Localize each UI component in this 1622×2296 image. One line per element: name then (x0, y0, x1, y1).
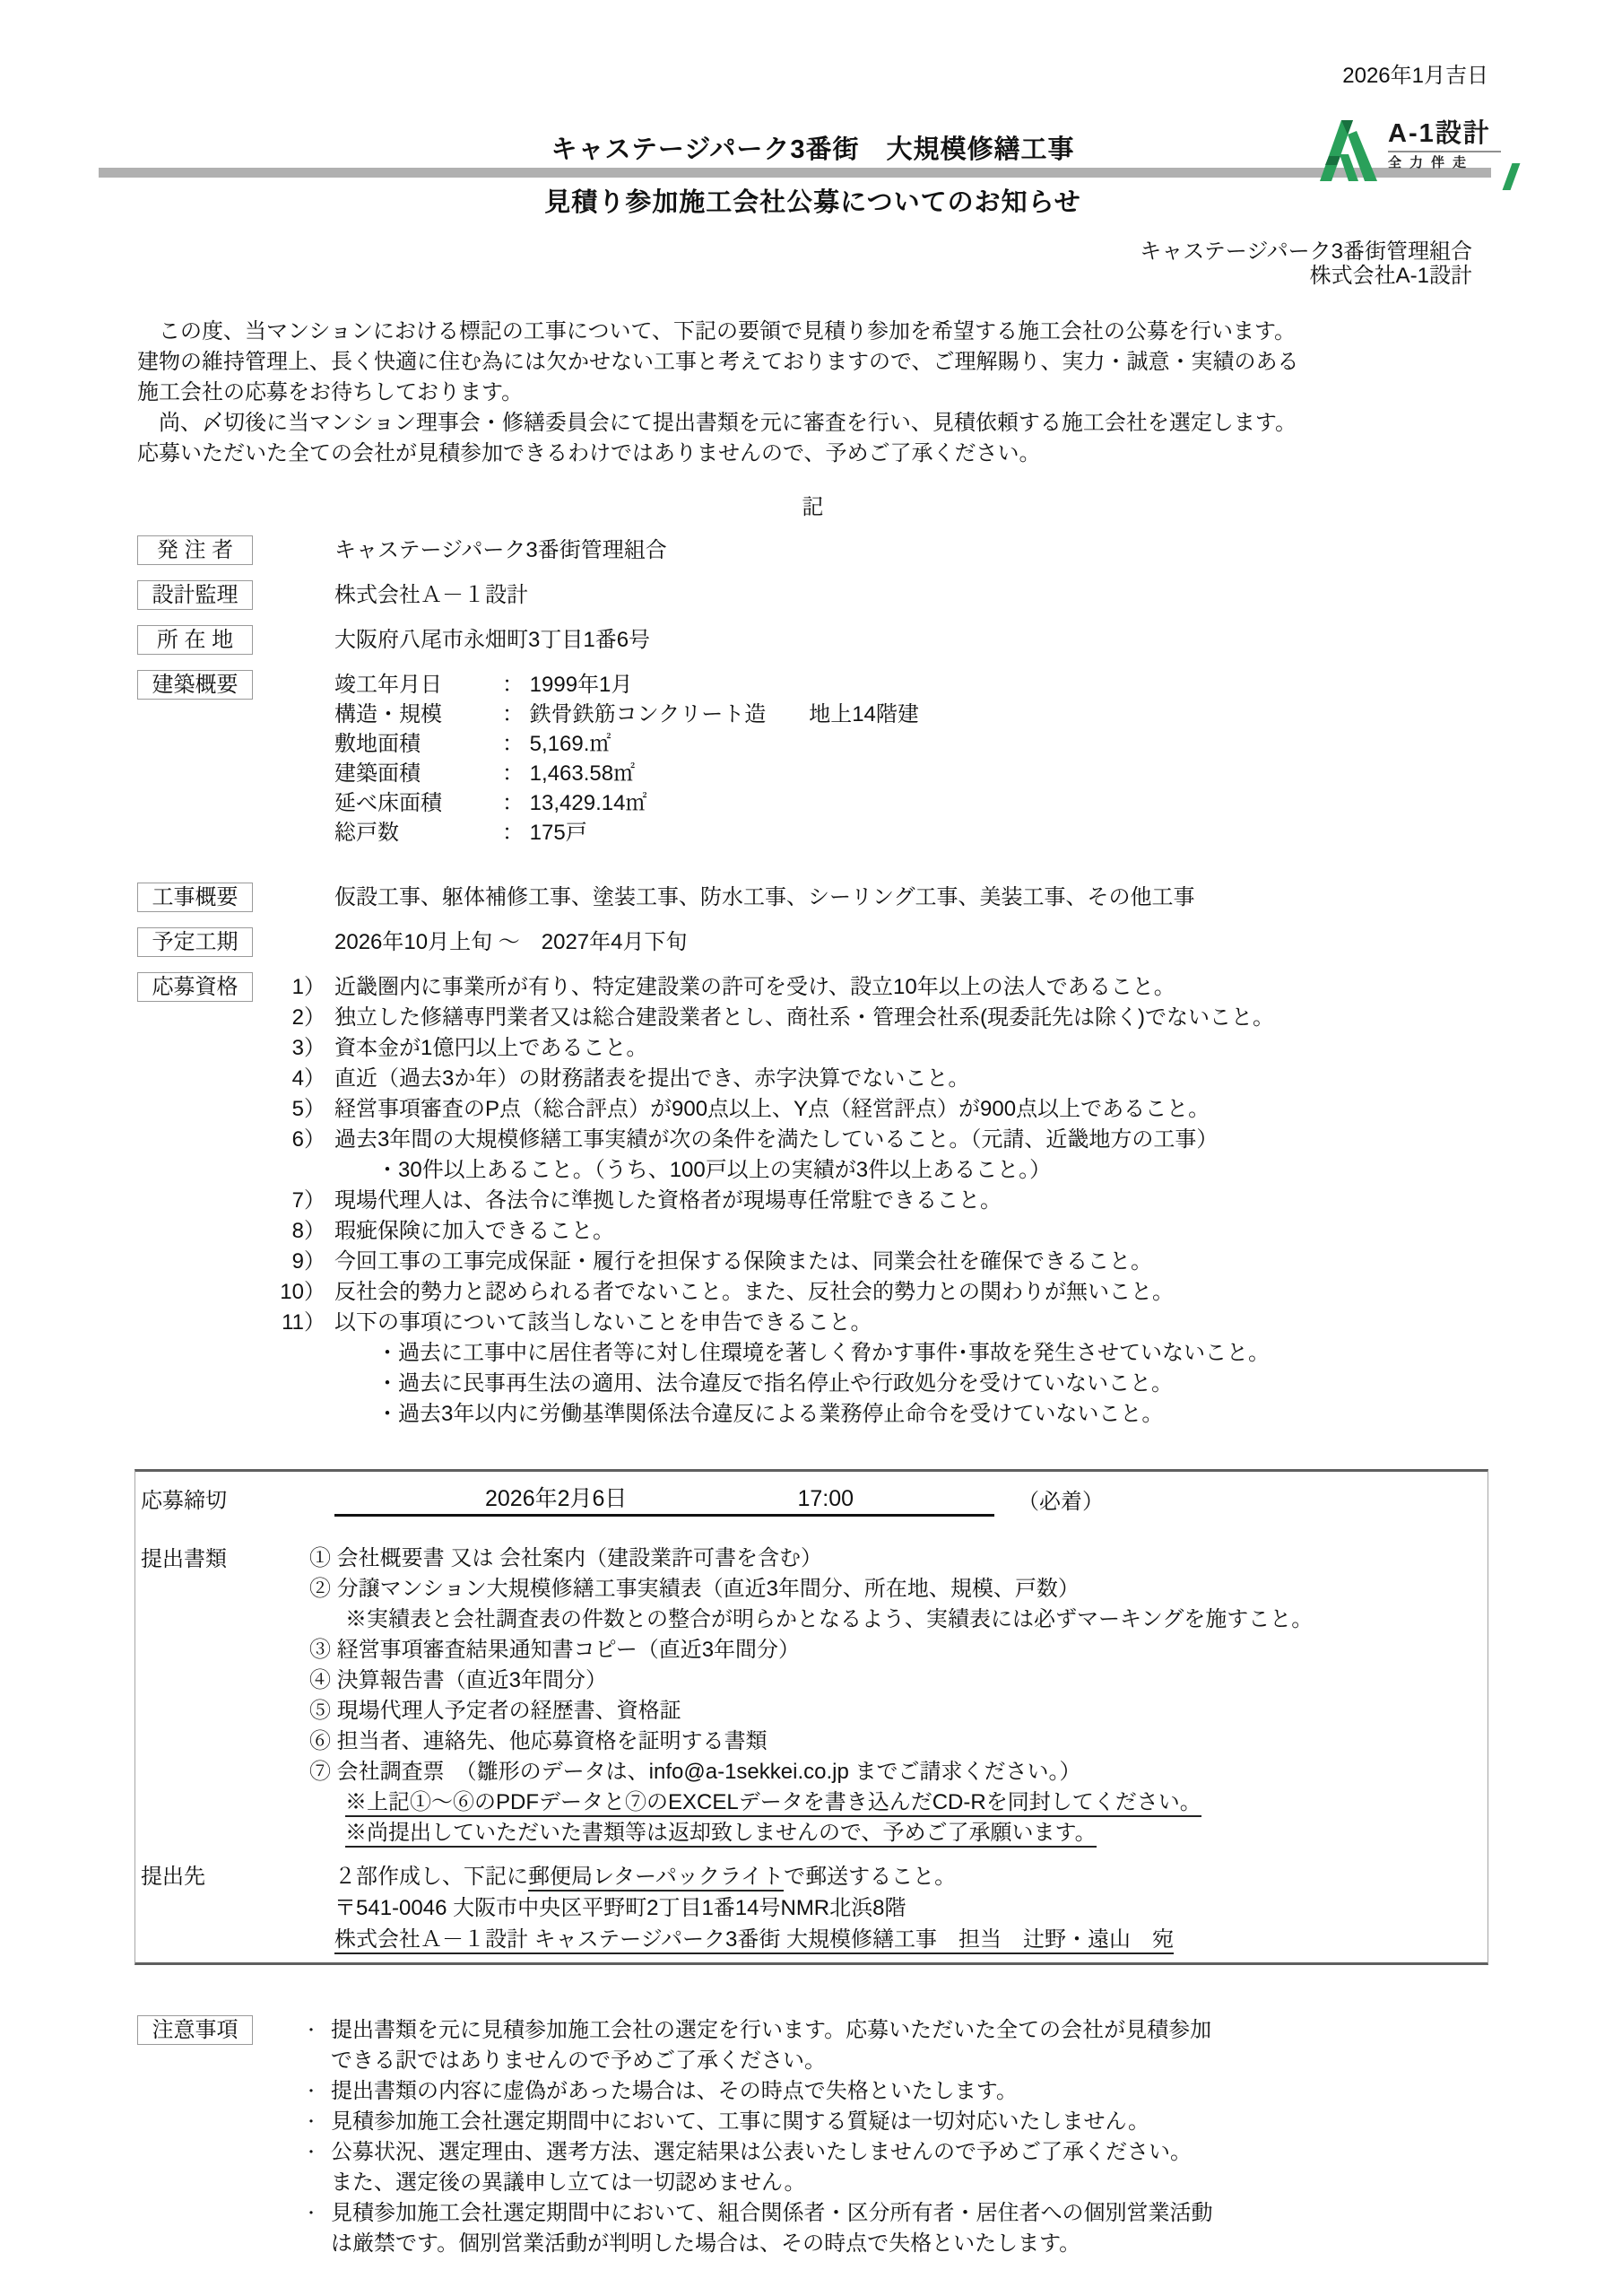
bullet-icon: ・ (291, 2198, 331, 2229)
building-key: 総戸数 (334, 818, 502, 848)
caution-text: 見積参加施工会社選定期間中において、組合関係者・区分所有者・居住者への個別営業活… (331, 2198, 1213, 2229)
colon: ： (502, 788, 524, 818)
paragraph-line: 建物の維持管理上、長く快適に住む為には欠かせない工事と考えておりますので、ご理解… (137, 347, 1488, 378)
building-row: 総戸数： 175戸 (334, 818, 919, 848)
building-row: 敷地面積： 5,169.㎡ (334, 729, 919, 759)
qualification-item: 4）直近（過去3か年）の財務諸表を提出でき、赤字決算でないこと。 (269, 1064, 1274, 1094)
document-item: ⑦ 会社調査票 （雛形のデータは、info@a-1sekkei.co.jp まで… (309, 1757, 1313, 1787)
submission-text: で郵送すること。 (784, 1865, 956, 1889)
document-item: ③ 経営事項審査結果通知書コピー（直近3年間分） (309, 1635, 1313, 1665)
documents-label: 提出書類 (141, 1544, 334, 1575)
bullet-icon: ・ (291, 2015, 331, 2046)
building-key: 延べ床面積 (334, 788, 502, 818)
item-number: 5） (269, 1094, 325, 1125)
deadline-label: 応募締切 (141, 1486, 334, 1517)
row-value: 仮設工事、躯体補修工事、塗装工事、防水工事、シーリング工事、美装工事、その他工事 (334, 883, 1195, 912)
deadline-row: 応募締切 2026年2月6日 17:00 （必着） (141, 1484, 1488, 1517)
underlined-note-text: ※尚提出していただいた書類等は返却致しませんので、予めご了承願います。 (345, 1821, 1097, 1848)
logo-slash-icon (1503, 163, 1521, 190)
issuer-line: キャステージパーク3番街管理組合 (137, 239, 1472, 264)
addressee-underlined: 株式会社Ａ－１設計 キャステージパーク3番街 大規模修繕工事 担当 辻野・遠山 … (334, 1927, 1174, 1954)
item-number: 1） (269, 972, 325, 1003)
item-text: 資本金が1億円以上であること。 (334, 1033, 647, 1064)
qualification-item: 10）反社会的勢力と認められる者でないこと。また、反社会的勢力との関わりが無いこ… (269, 1277, 1274, 1308)
item-text: 直近（過去3か年）の財務諸表を提出でき、赤字決算でないこと。 (334, 1064, 969, 1094)
row-label: 建築概要 (137, 670, 253, 700)
bullet-icon: ・ (291, 2107, 331, 2137)
document-subtitle: 見積り参加施工会社公募についてのお知らせ (137, 186, 1488, 220)
building-details: 竣工年月日： 1999年1月 構造・規模： 鉄骨鉄筋コンクリート造 地上14階建… (334, 670, 919, 848)
letterpack-underlined: 郵便局レターパックライト (528, 1865, 784, 1892)
underlined-note-text: ※上記①～⑥のPDFデータと⑦のEXCELデータを書き込んだCD-Rを同封してく… (345, 1790, 1201, 1817)
item-text: 過去3年間の大規模修繕工事実績が次の条件を満たしていること。（元請、近畿地方の工… (334, 1125, 1218, 1155)
item-number: 9） (269, 1247, 325, 1277)
caution-text-continued: また、選定後の異議申し立ては一切認めません。 (331, 2168, 1213, 2198)
documents-row: 提出書類 ① 会社概要書 又は 会社案内（建設業許可書を含む） ② 分譲マンショ… (141, 1544, 1488, 1848)
submission-address: 〒541-0046 大阪市中央区平野町2丁目1番14号NMR北浜8階 (334, 1892, 1174, 1924)
row-value: 株式会社Ａ－１設計 (334, 580, 528, 610)
document-item: ① 会社概要書 又は 会社案内（建設業許可書を含む） (309, 1544, 1313, 1574)
qualification-item: 11）以下の事項について該当しないことを申告できること。 (269, 1308, 1274, 1338)
building-value: 鉄骨鉄筋コンクリート造 地上14階建 (530, 700, 919, 729)
submission-line-1: ２部作成し、下記に郵便局レターパックライトで郵送すること。 (334, 1861, 1174, 1892)
row-label: 工事概要 (137, 883, 253, 912)
logo-company-name: A-1設計 (1388, 118, 1501, 149)
issuer-block: キャステージパーク3番街管理組合 株式会社A-1設計 (137, 239, 1488, 288)
paragraph-line: 応募いただいた全ての会社が見積参加できるわけではありませんので、予めご了承くださ… (137, 439, 1488, 469)
intro-paragraph-1: この度、当マンションにおける標記の工事について、下記の要領で見積り参加を希望する… (137, 317, 1488, 408)
row-label: 予定工期 (137, 927, 253, 957)
caution-item: ・提出書類の内容に虚偽があった場合は、その時点で失格といたします。 (291, 2076, 1213, 2107)
submission-destination-row: 提出先 ２部作成し、下記に郵便局レターパックライトで郵送すること。 〒541-0… (141, 1861, 1488, 1955)
colon: ： (502, 759, 524, 788)
row-building-overview: 建築概要 竣工年月日： 1999年1月 構造・規模： 鉄骨鉄筋コンクリート造 地… (137, 670, 1488, 848)
qualification-item: 5）経営事項審査のP点（総合評点）が900点以上、Y点（経営評点）が900点以上… (269, 1094, 1274, 1125)
qualification-item: 1）近畿圏内に事業所が有り、特定建設業の許可を受け、設立10年以上の法人であるこ… (269, 972, 1274, 1003)
building-value: 13,429.14㎡ (530, 788, 647, 818)
item-number: 3） (269, 1033, 325, 1064)
row-value: 大阪府八尾市永畑町3丁目1番6号 (334, 625, 650, 655)
a1-logo-mark-icon (1318, 111, 1384, 181)
building-value: 175戸 (530, 818, 587, 848)
building-value: 5,169.㎡ (530, 729, 612, 759)
document-item: ⑥ 担当者、連絡先、他応募資格を証明する書類 (309, 1726, 1313, 1757)
qualification-list: 1）近畿圏内に事業所が有り、特定建設業の許可を受け、設立10年以上の法人であるこ… (137, 972, 1274, 1430)
item-text: 今回工事の工事完成保証・履行を担保する保険または、同業会社を確保できること。 (334, 1247, 1152, 1277)
submission-addressee: 株式会社Ａ－１設計 キャステージパーク3番街 大規模修繕工事 担当 辻野・遠山 … (334, 1924, 1174, 1955)
caution-item: ・提出書類を元に見積参加施工会社の選定を行います。応募いただいた全ての会社が見積… (291, 2015, 1213, 2046)
item-number: 10） (269, 1277, 325, 1308)
qualification-subitem: ・過去に民事再生法の適用、法令違反で指名停止や行政処分を受けていないこと。 (377, 1369, 1274, 1399)
company-logo: A-1設計 全力伴走 (1318, 111, 1511, 183)
logo-text-block: A-1設計 全力伴走 (1388, 111, 1501, 183)
paragraph-line: 尚、〆切後に当マンション理事会・修繕委員会にて提出書類を元に審査を行い、見積依頼… (137, 408, 1488, 439)
ki-marker: 記 (137, 492, 1488, 523)
building-value: 1,463.58㎡ (530, 759, 635, 788)
qualification-subitem: ・過去3年以内に労働基準関係法令違反による業務停止命令を受けていないこと。 (377, 1399, 1274, 1430)
item-number: 4） (269, 1064, 325, 1094)
colon: ： (502, 670, 524, 700)
item-text: 現場代理人は、各法令に準拠した資格者が現場専任常駐できること。 (334, 1186, 1002, 1216)
item-text: 独立した修繕専門業者又は総合建設業者とし、商社系・管理会社系(現委託先は除く)で… (334, 1003, 1274, 1033)
row-design-supervision: 設計監理 株式会社Ａ－１設計 (137, 580, 1488, 610)
building-row: 延べ床面積： 13,429.14㎡ (334, 788, 919, 818)
document-note: ※実績表と会社調査表の件数との整合が明らかとなるよう、実績表には必ずマーキングを… (345, 1605, 1313, 1635)
document-title: キャステージパーク3番街 大規模修繕工事 (137, 133, 1488, 167)
colon: ： (502, 700, 524, 729)
colon: ： (502, 818, 524, 848)
qualification-subitem: ・過去に工事中に居住者等に対し住環境を著しく脅かす事件･事故を発生させていないこ… (377, 1338, 1274, 1369)
qualification-item: 7）現場代理人は、各法令に準拠した資格者が現場専任常駐できること。 (269, 1186, 1274, 1216)
colon: ： (502, 729, 524, 759)
item-text: 反社会的勢力と認められる者でないこと。また、反社会的勢力との関わりが無いこと。 (334, 1277, 1174, 1308)
item-number: 2） (269, 1003, 325, 1033)
document-date: 2026年1月吉日 (137, 63, 1488, 90)
document-item: ④ 決算報告書（直近3年間分） (309, 1665, 1313, 1696)
row-label: 発 注 者 (137, 535, 253, 565)
submission-lines: ２部作成し、下記に郵便局レターパックライトで郵送すること。 〒541-0046 … (334, 1861, 1174, 1955)
building-row: 建築面積： 1,463.58㎡ (334, 759, 919, 788)
caution-text-continued: は厳禁です。個別営業活動が判明した場合は、その時点で失格といたします。 (331, 2229, 1213, 2259)
document-item: ⑤ 現場代理人予定者の経歴書、資格証 (309, 1696, 1313, 1726)
caution-item: ・見積参加施工会社選定期間中において、工事に関する質疑は一切対応いたしません。 (291, 2107, 1213, 2137)
building-key: 建築面積 (334, 759, 502, 788)
building-row: 竣工年月日： 1999年1月 (334, 670, 919, 700)
item-number: 11） (269, 1308, 325, 1338)
bullet-icon: ・ (291, 2137, 331, 2168)
item-number: 8） (269, 1216, 325, 1247)
document-note-underlined: ※上記①～⑥のPDFデータと⑦のEXCELデータを書き込んだCD-Rを同封してく… (345, 1787, 1313, 1818)
paragraph-line: 施工会社の応募をお待ちしております。 (137, 378, 1488, 408)
caution-text: 見積参加施工会社選定期間中において、工事に関する質疑は一切対応いたしません。 (331, 2107, 1149, 2137)
issuer-line: 株式会社A-1設計 (137, 264, 1472, 288)
document-note-underlined: ※尚提出していただいた書類等は返却致しませんので、予めご了承願います。 (345, 1818, 1313, 1848)
caution-text: 公募状況、選定理由、選考方法、選定結果は公表いたしませんので予めご了承ください。 (331, 2137, 1192, 2168)
row-value: キャステージパーク3番街管理組合 (334, 535, 667, 565)
deadline-date: 2026年2月6日 (485, 1484, 627, 1514)
building-key: 敷地面積 (334, 729, 502, 759)
row-location: 所 在 地 大阪府八尾市永畑町3丁目1番6号 (137, 625, 1488, 655)
caution-text: 提出書類の内容に虚偽があった場合は、その時点で失格といたします。 (331, 2076, 1018, 2107)
building-row: 構造・規模： 鉄骨鉄筋コンクリート造 地上14階建 (334, 700, 919, 729)
deadline-note: （必着） (1018, 1487, 1104, 1517)
row-orderer: 発 注 者 キャステージパーク3番街管理組合 (137, 535, 1488, 565)
building-key: 構造・規模 (334, 700, 502, 729)
item-number: 7） (269, 1186, 325, 1216)
documents-list: ① 会社概要書 又は 会社案内（建設業許可書を含む） ② 分譲マンション大規模修… (309, 1544, 1313, 1848)
row-value: 2026年10月上旬 ～ 2027年4月下旬 (334, 927, 688, 957)
submission-box: 応募締切 2026年2月6日 17:00 （必着） 提出書類 ① 会社概要書 又… (134, 1469, 1488, 1965)
summary-rows: 発 注 者 キャステージパーク3番街管理組合 設計監理 株式会社Ａ－１設計 所 … (137, 535, 1488, 1430)
qualification-item: 8）瑕疵保険に加入できること。 (269, 1216, 1274, 1247)
document-item: ② 分譲マンション大規模修繕工事実績表（直近3年間分、所在地、規模、戸数） (309, 1574, 1313, 1605)
document-body: 2026年1月吉日 キャステージパーク3番街 大規模修繕工事 見積り参加施工会社… (137, 63, 1488, 2259)
logo-tagline: 全力伴走 (1388, 151, 1501, 171)
paragraph-line: この度、当マンションにおける標記の工事について、下記の要領で見積り参加を希望する… (137, 317, 1488, 347)
qualification-item: 9）今回工事の工事完成保証・履行を担保する保険または、同業会社を確保できること。 (269, 1247, 1274, 1277)
qualification-subitem: ・30件以上あること。（うち、100戸以上の実績が3件以上あること。） (377, 1155, 1274, 1186)
qualification-item: 2）独立した修繕専門業者又は総合建設業者とし、商社系・管理会社系(現委託先は除く… (269, 1003, 1274, 1033)
cautions-section: 注意事項 ・提出書類を元に見積参加施工会社の選定を行います。応募いただいた全ての… (137, 2015, 1488, 2259)
row-label: 所 在 地 (137, 625, 253, 655)
submission-text: ２部作成し、下記に (334, 1865, 528, 1889)
caution-text-continued: できる訳ではありませんので予めご了承ください。 (331, 2046, 1213, 2076)
submission-label: 提出先 (141, 1861, 334, 1892)
caution-item: ・公募状況、選定理由、選考方法、選定結果は公表いたしませんので予めご了承ください… (291, 2137, 1213, 2168)
cautions-list: ・提出書類を元に見積参加施工会社の選定を行います。応募いただいた全ての会社が見積… (137, 2015, 1213, 2259)
building-value: 1999年1月 (530, 670, 633, 700)
item-text: 瑕疵保険に加入できること。 (334, 1216, 614, 1247)
caution-text: 提出書類を元に見積参加施工会社の選定を行います。応募いただいた全ての会社が見積参… (331, 2015, 1211, 2046)
caution-item: ・見積参加施工会社選定期間中において、組合関係者・区分所有者・居住者への個別営業… (291, 2198, 1213, 2229)
row-qualifications: 応募資格 1）近畿圏内に事業所が有り、特定建設業の許可を受け、設立10年以上の法… (137, 972, 1488, 1430)
row-construction-overview: 工事概要 仮設工事、躯体補修工事、塗装工事、防水工事、シーリング工事、美装工事、… (137, 883, 1488, 912)
qualification-item: 6）過去3年間の大規模修繕工事実績が次の条件を満たしていること。（元請、近畿地方… (269, 1125, 1274, 1155)
row-label: 設計監理 (137, 580, 253, 610)
item-text: 近畿圏内に事業所が有り、特定建設業の許可を受け、設立10年以上の法人であること。 (334, 972, 1175, 1003)
intro-paragraph-2: 尚、〆切後に当マンション理事会・修繕委員会にて提出書類を元に審査を行い、見積依頼… (137, 408, 1488, 469)
deadline-underline: 2026年2月6日 17:00 (334, 1484, 994, 1517)
qualification-item: 3）資本金が1億円以上であること。 (269, 1033, 1274, 1064)
bullet-icon: ・ (291, 2076, 331, 2107)
deadline-time: 17:00 (797, 1484, 854, 1514)
building-key: 竣工年月日 (334, 670, 502, 700)
item-text: 経営事項審査のP点（総合評点）が900点以上、Y点（経営評点）が900点以上であ… (334, 1094, 1210, 1125)
item-text: 以下の事項について該当しないことを申告できること。 (334, 1308, 872, 1338)
item-number: 6） (269, 1125, 325, 1155)
row-planned-period: 予定工期 2026年10月上旬 ～ 2027年4月下旬 (137, 927, 1488, 957)
